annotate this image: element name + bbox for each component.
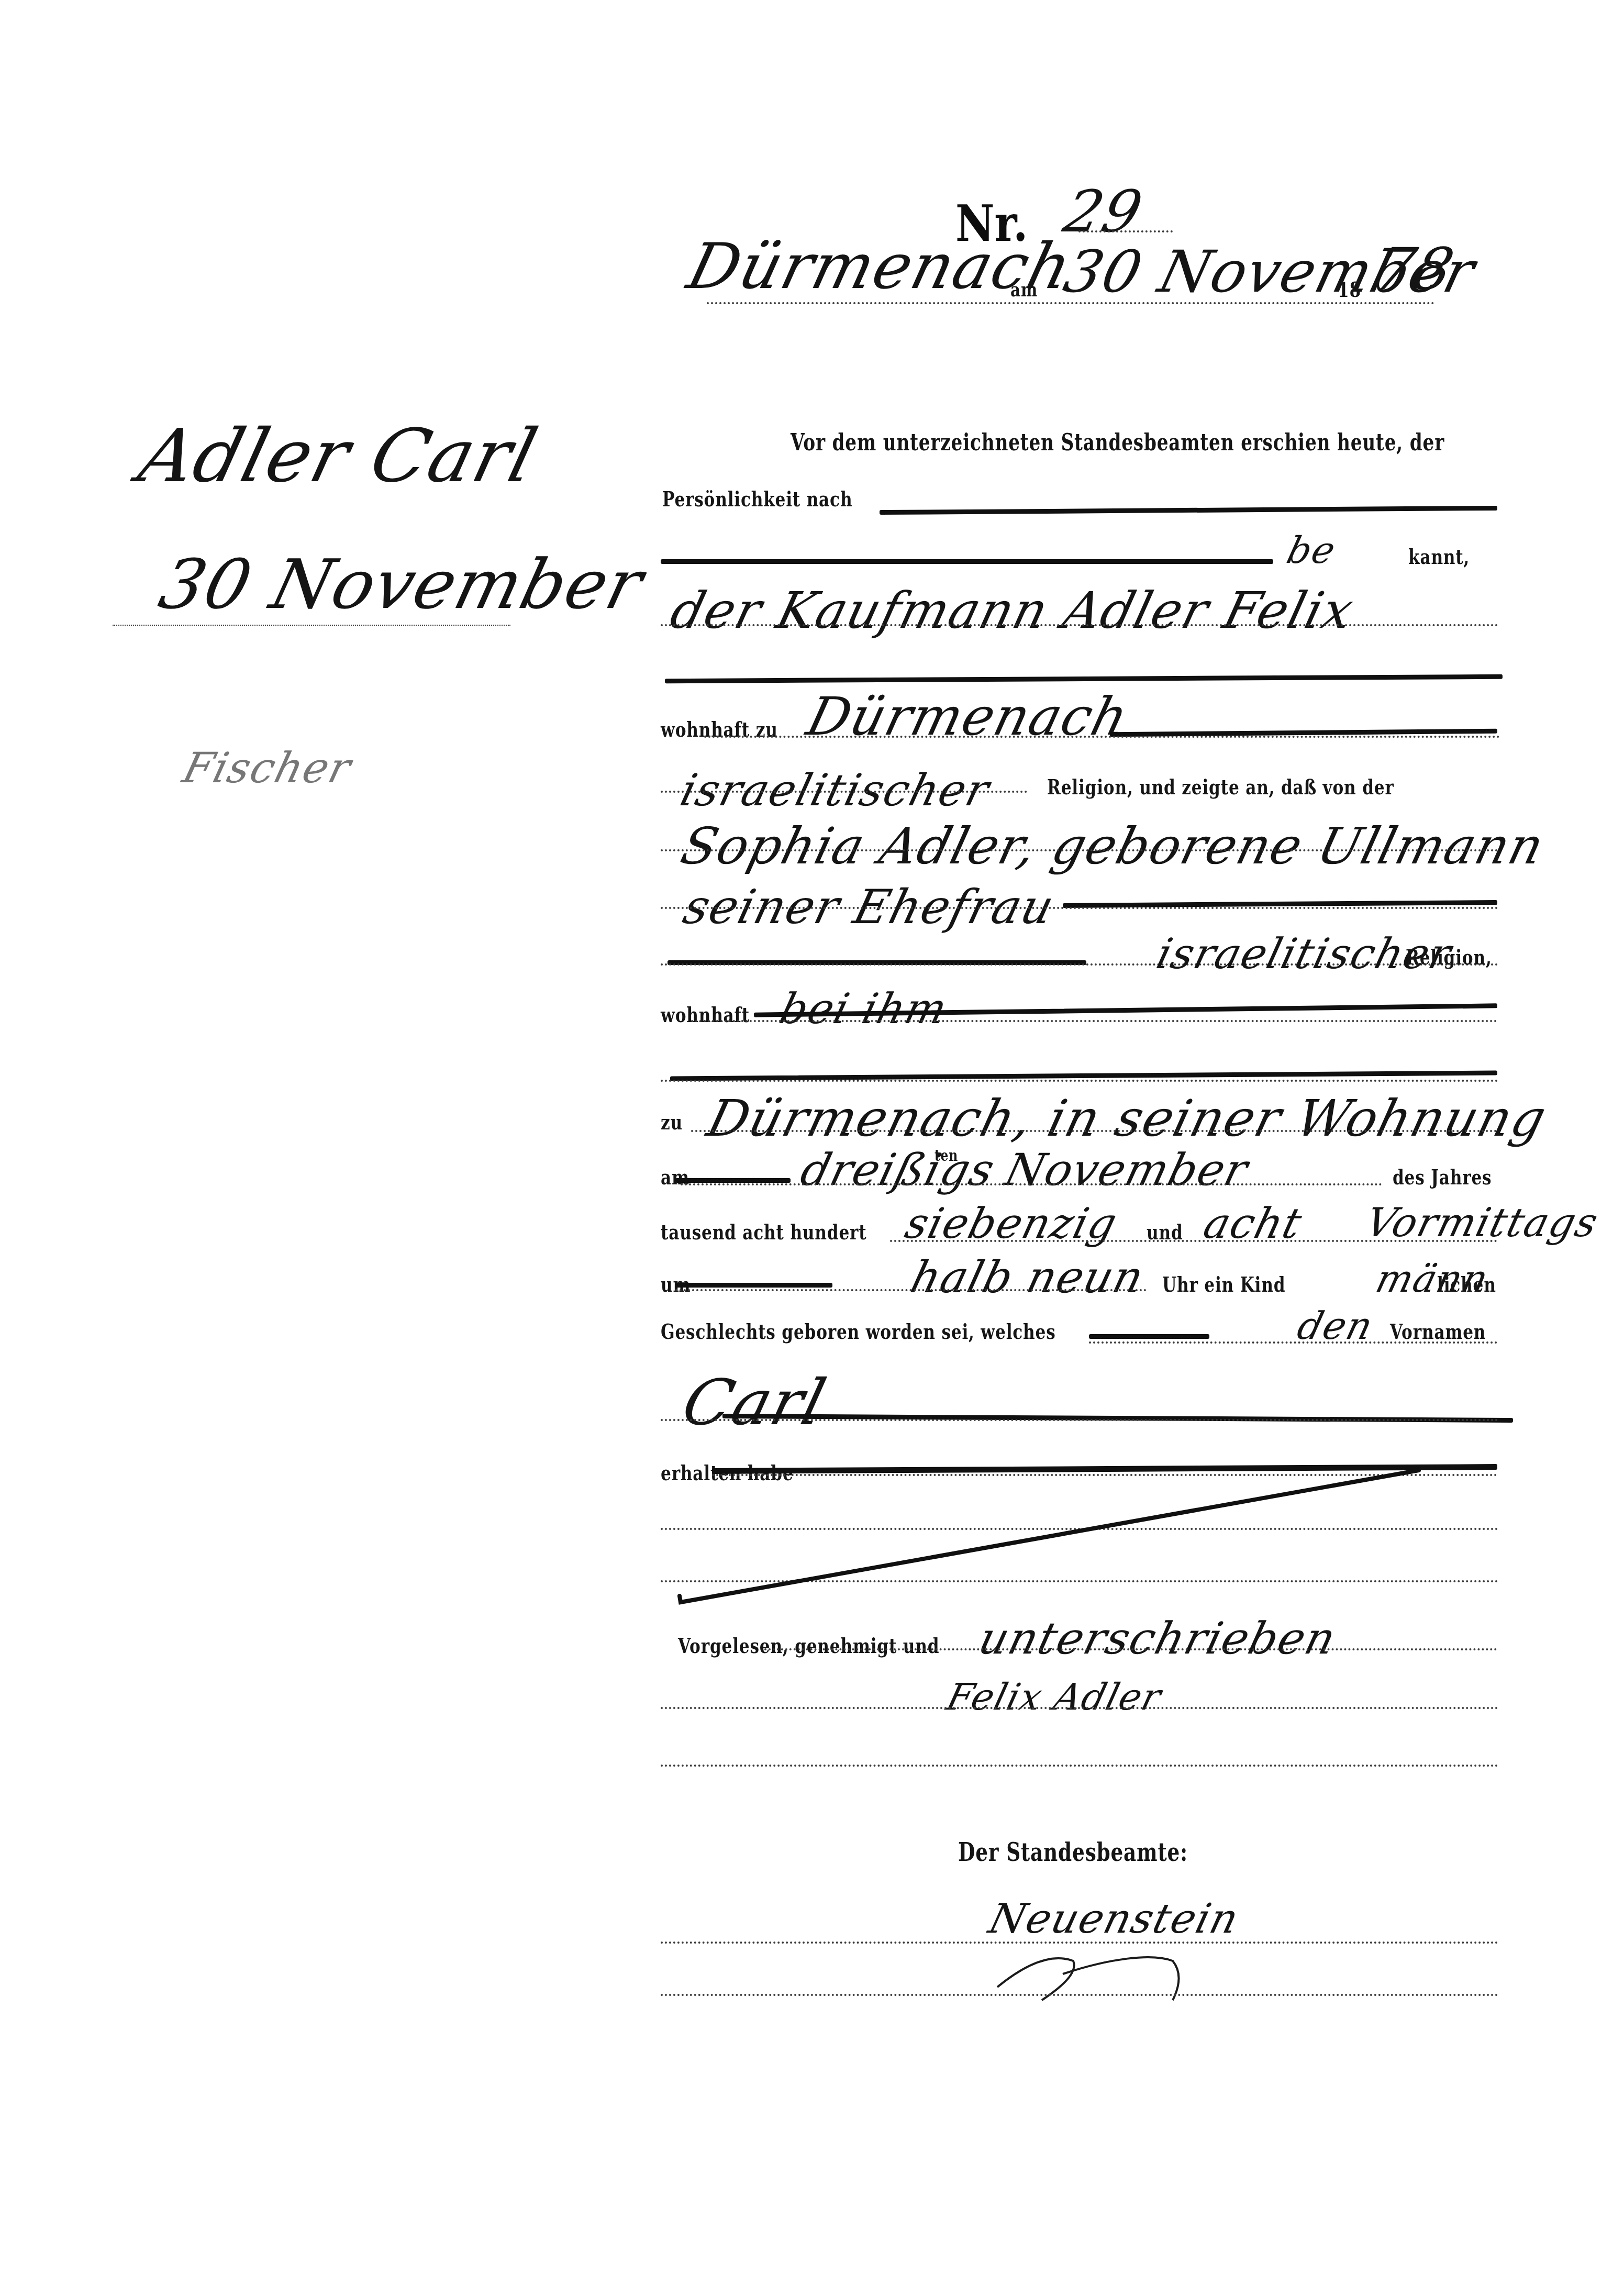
official-flourish xyxy=(0,0,1624,2296)
birth-register-page: Nr. 29 Dürmenach am 30 November 18 78 Ad… xyxy=(0,0,1624,2296)
form-line xyxy=(661,1994,1498,1996)
